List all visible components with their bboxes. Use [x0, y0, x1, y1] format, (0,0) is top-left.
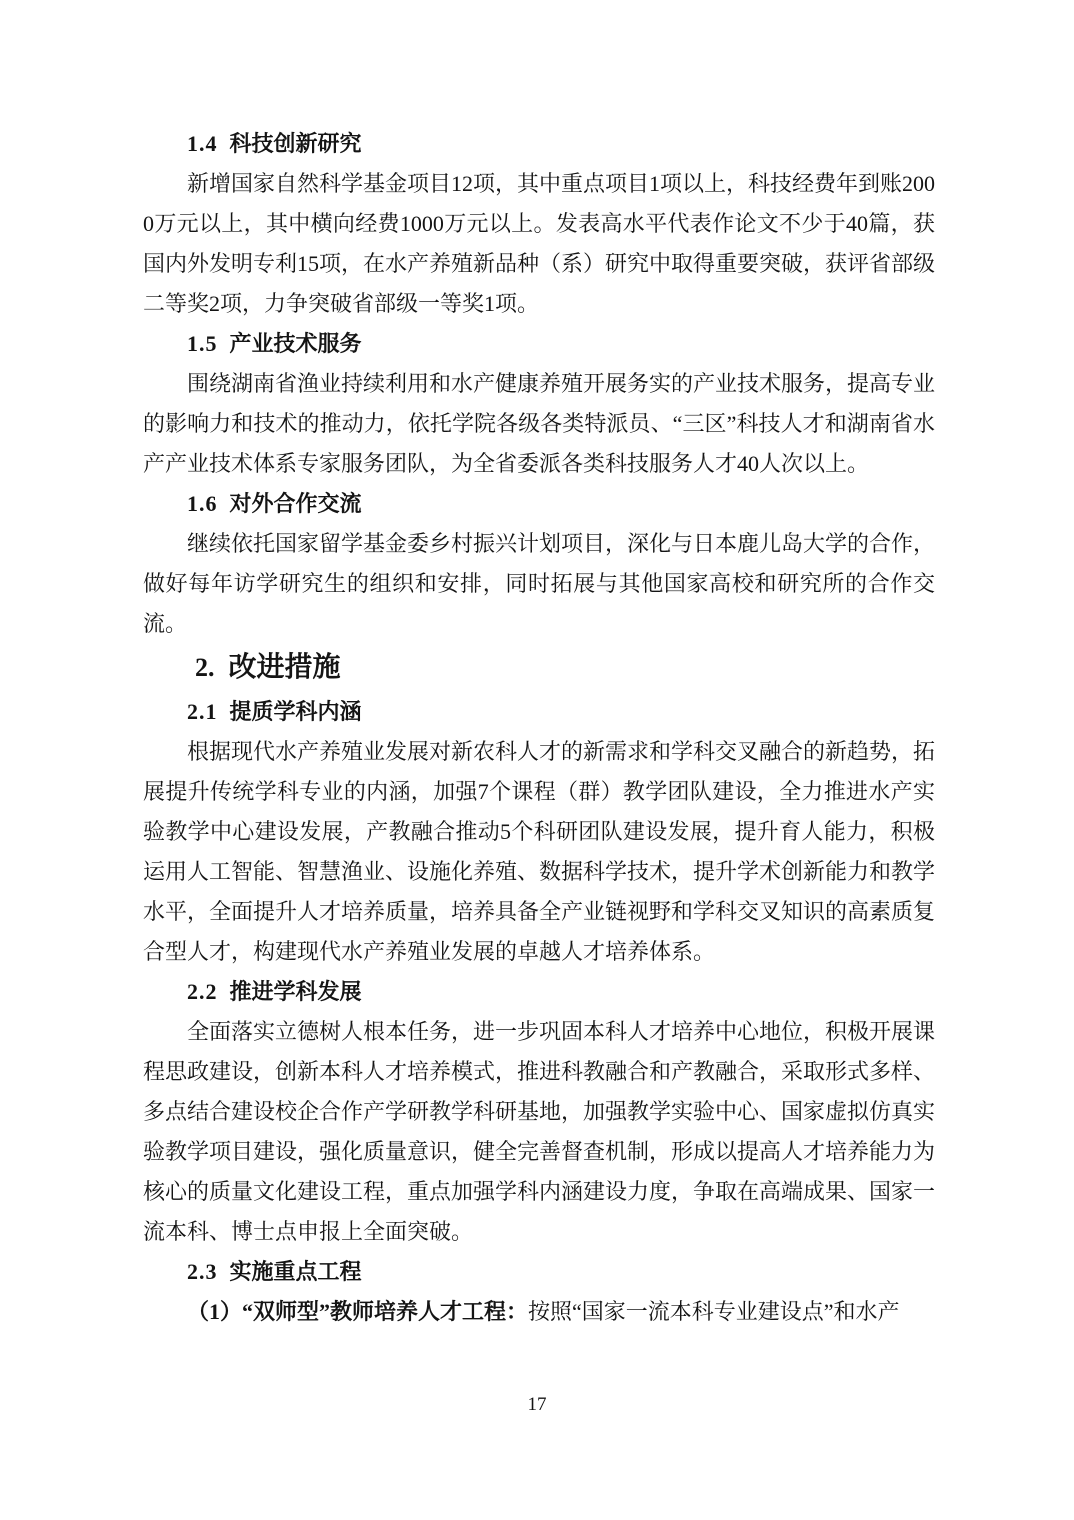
section-heading-1-5: 1.5产业技术服务 — [143, 324, 935, 364]
section-heading-2-2: 2.2推进学科发展 — [143, 972, 935, 1012]
paragraph-2-1: 根据现代水产养殖业发展对新农科人才的新需求和学科交叉融合的新趋势，拓展提升传统学… — [143, 732, 935, 972]
heading-title: 产业技术服务 — [230, 331, 362, 356]
section-heading-1-6: 1.6对外合作交流 — [143, 484, 935, 524]
chapter-heading-2: 2.改进措施 — [143, 644, 935, 692]
page-number: 17 — [0, 1391, 1074, 1419]
paragraph-2-3-item-1: （1）“双师型”教师培养人才工程：按照“国家一流本科专业建设点”和水产 — [143, 1292, 935, 1332]
heading-number: 2.1 — [187, 699, 218, 724]
page-content: 1.4科技创新研究 新增国家自然科学基金项目12项，其中重点项目1项以上，科技经… — [143, 124, 935, 1332]
paragraph-2-2: 全面落实立德树人根本任务，进一步巩固本科人才培养中心地位，积极开展课程思政建设，… — [143, 1012, 935, 1252]
heading-title: 科技创新研究 — [230, 131, 362, 156]
item-bold-lead: （1）“双师型”教师培养人才工程： — [187, 1299, 528, 1324]
item-text: 按照“国家一流本科专业建设点”和水产 — [528, 1299, 900, 1324]
section-heading-2-1: 2.1提质学科内涵 — [143, 692, 935, 732]
paragraph-1-6: 继续依托国家留学基金委乡村振兴计划项目，深化与日本鹿儿岛大学的合作，做好每年访学… — [143, 524, 935, 644]
paragraph-1-5: 围绕湖南省渔业持续利用和水产健康养殖开展务实的产业技术服务，提高专业的影响力和技… — [143, 364, 935, 484]
heading-title: 实施重点工程 — [230, 1259, 362, 1284]
document-page: 1.4科技创新研究 新增国家自然科学基金项目12项，其中重点项目1项以上，科技经… — [0, 0, 1074, 1520]
heading-title: 提质学科内涵 — [230, 699, 362, 724]
heading-number: 1.6 — [187, 491, 218, 516]
heading-number: 1.4 — [187, 131, 218, 156]
heading-title: 改进措施 — [229, 652, 341, 683]
heading-title: 推进学科发展 — [230, 979, 362, 1004]
section-heading-1-4: 1.4科技创新研究 — [143, 124, 935, 164]
heading-title: 对外合作交流 — [230, 491, 362, 516]
paragraph-1-4: 新增国家自然科学基金项目12项，其中重点项目1项以上，科技经费年到账2000万元… — [143, 164, 935, 324]
heading-number: 2.2 — [187, 979, 218, 1004]
heading-number: 2.3 — [187, 1259, 218, 1284]
heading-number: 2. — [195, 653, 215, 682]
heading-number: 1.5 — [187, 331, 218, 356]
section-heading-2-3: 2.3实施重点工程 — [143, 1252, 935, 1292]
